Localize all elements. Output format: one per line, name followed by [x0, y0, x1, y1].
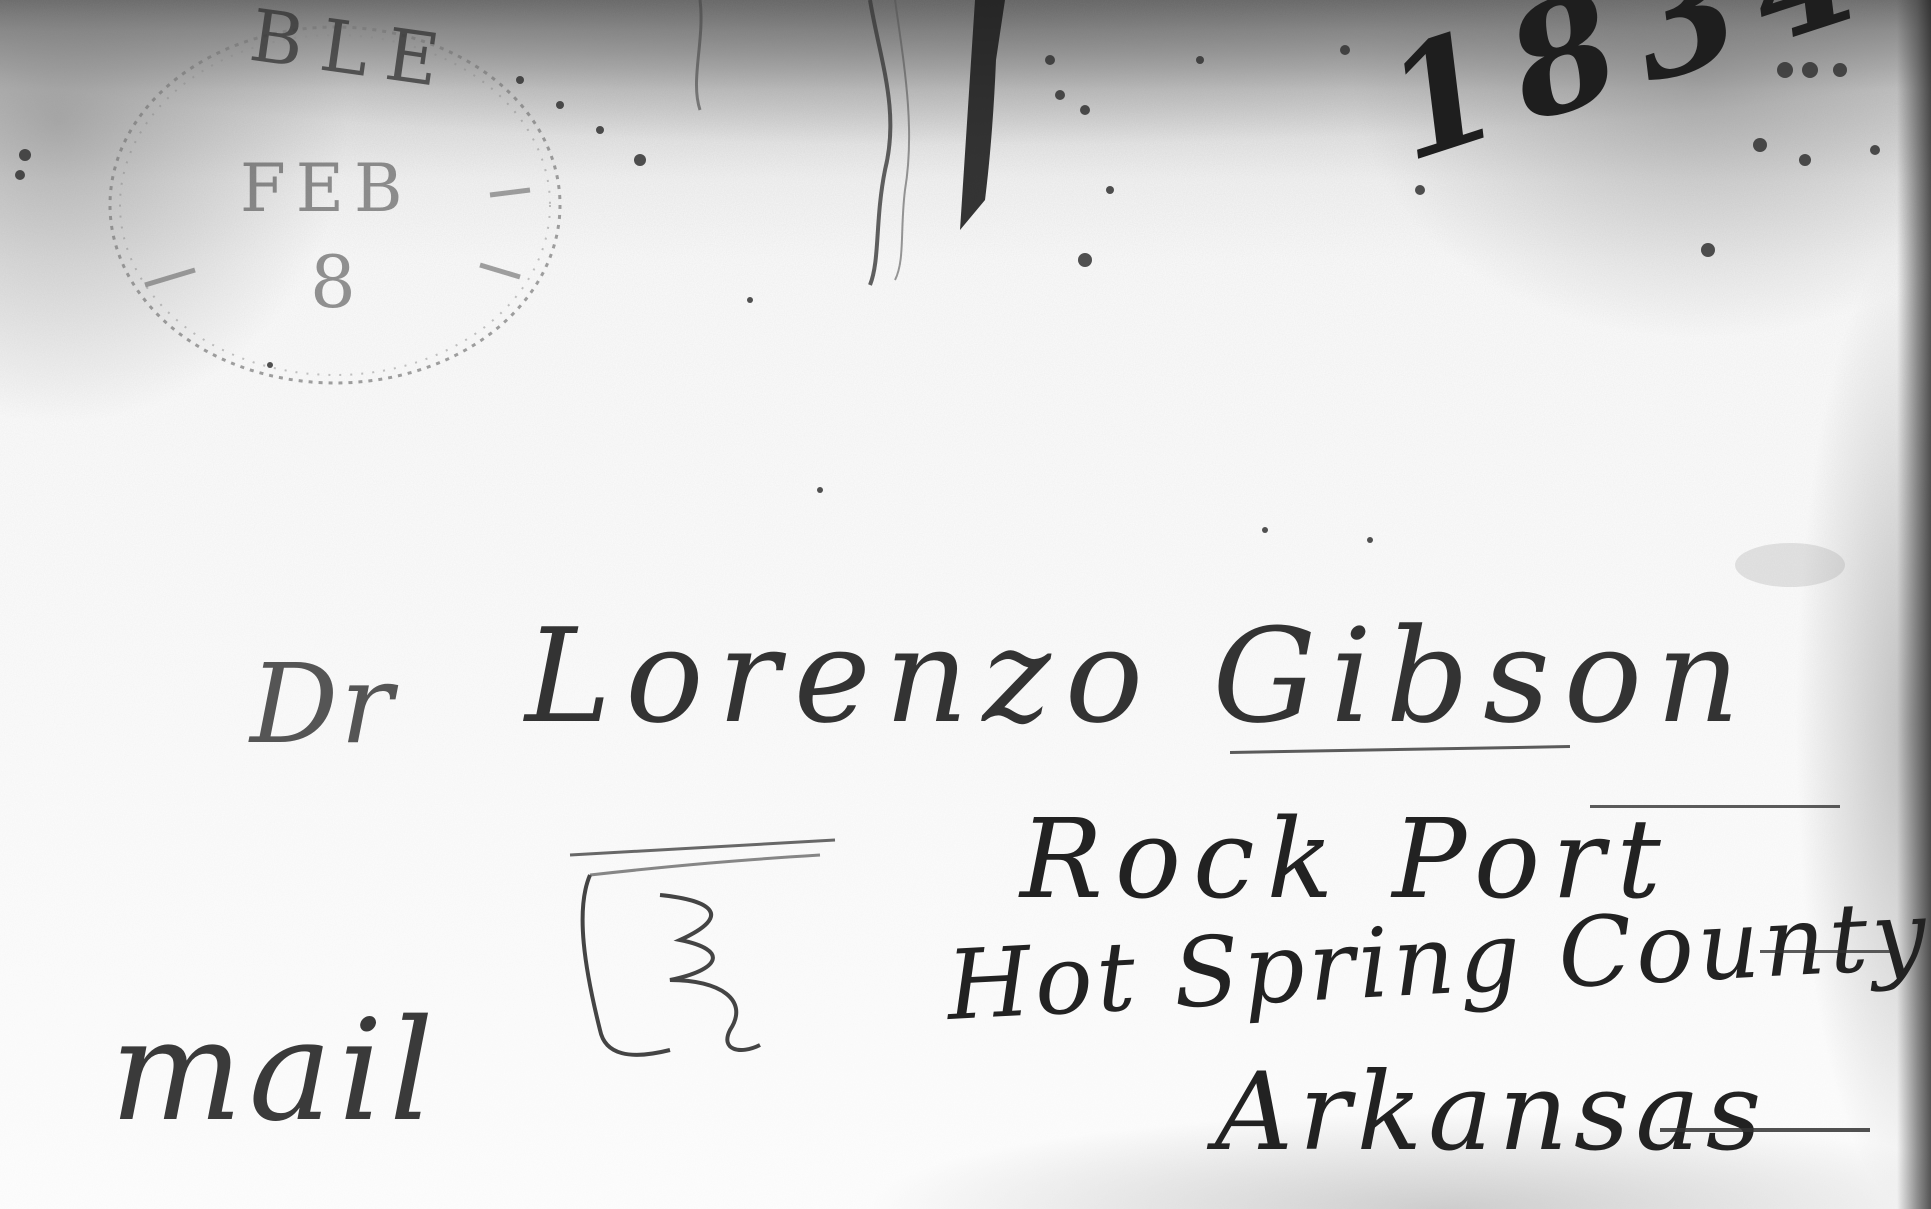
postmark: BLE FEB 8 — [100, 15, 570, 395]
postmark-day: 8 — [310, 240, 356, 324]
flourish-mark-icon — [560, 830, 860, 1090]
scan-edge-shadow — [1897, 0, 1931, 1209]
address-town-underline — [1590, 805, 1840, 808]
envelope-scan: BLE FEB 8 1834 Dr Lorenzo Gibson Rock Po… — [0, 0, 1931, 1209]
docket-year: 1834 — [1366, 0, 1901, 196]
address-state-underline — [1660, 1128, 1870, 1132]
rate-marking: mail — [110, 990, 440, 1153]
address-state: Arkansas — [1215, 1050, 1767, 1175]
address-title: Dr — [250, 640, 395, 768]
postmark-month: FEB — [240, 150, 412, 227]
address-county-underline — [1760, 950, 1890, 953]
address-name: Lorenzo Gibson — [525, 600, 1754, 752]
